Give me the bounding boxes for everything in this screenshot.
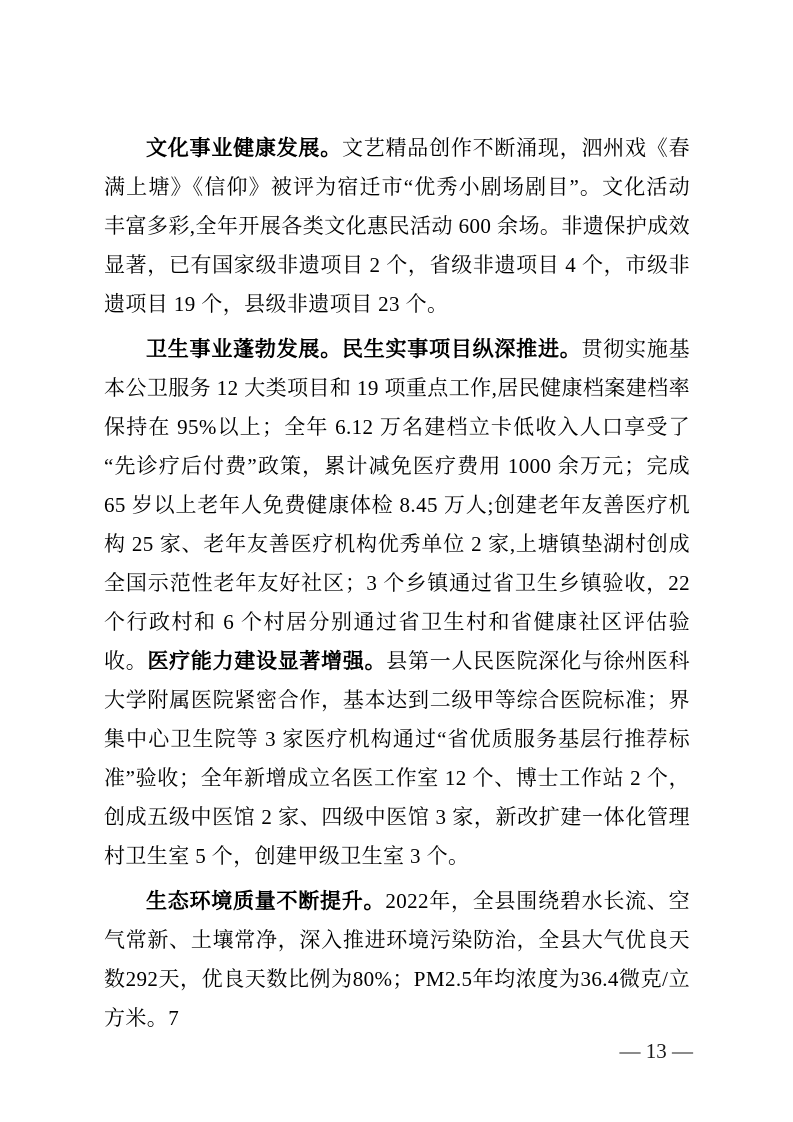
paragraph-heading-run: 文化事业健康发展。 xyxy=(146,136,342,160)
document-paragraph-culture: 文化事业健康发展。文艺精品创作不断涌现，泗州戏《春满上塘》《信仰》被评为宿迁市“… xyxy=(104,129,690,324)
document-page: 文化事业健康发展。文艺精品创作不断涌现，泗州戏《春满上塘》《信仰》被评为宿迁市“… xyxy=(0,0,793,1122)
paragraph-text-run: 文艺精品创作不断涌现，泗州戏《春满上塘》《信仰》被评为宿迁市“优秀小剧场剧目”。… xyxy=(104,136,690,316)
page-number: — 13 — xyxy=(620,1036,694,1066)
paragraph-heading-run: 医疗能力建设显著增强。 xyxy=(147,649,386,673)
paragraph-text-run: 县第一人民医院深化与徐州医科大学附属医院紧密合作，基本达到二级甲等综合医院标准；… xyxy=(104,649,690,868)
document-paragraph-health: 卫生事业蓬勃发展。民生实事项目纵深推进。贯彻实施基本公卫服务 12 大类项目和 … xyxy=(104,330,690,876)
paragraph-heading-run: 生态环境质量不断提升。 xyxy=(146,889,385,913)
document-body: 文化事业健康发展。文艺精品创作不断涌现，泗州戏《春满上塘》《信仰》被评为宿迁市“… xyxy=(104,129,690,1038)
paragraph-text-run: 贯彻实施基本公卫服务 12 大类项目和 19 项重点工作,居民健康档案建档率保持… xyxy=(104,337,690,673)
document-paragraph-environment: 生态环境质量不断提升。2022年，全县围绕碧水长流、空气常新、土壤常净，深入推进… xyxy=(104,882,690,1038)
paragraph-heading-run: 卫生事业蓬勃发展。民生实事项目纵深推进。 xyxy=(146,337,582,361)
